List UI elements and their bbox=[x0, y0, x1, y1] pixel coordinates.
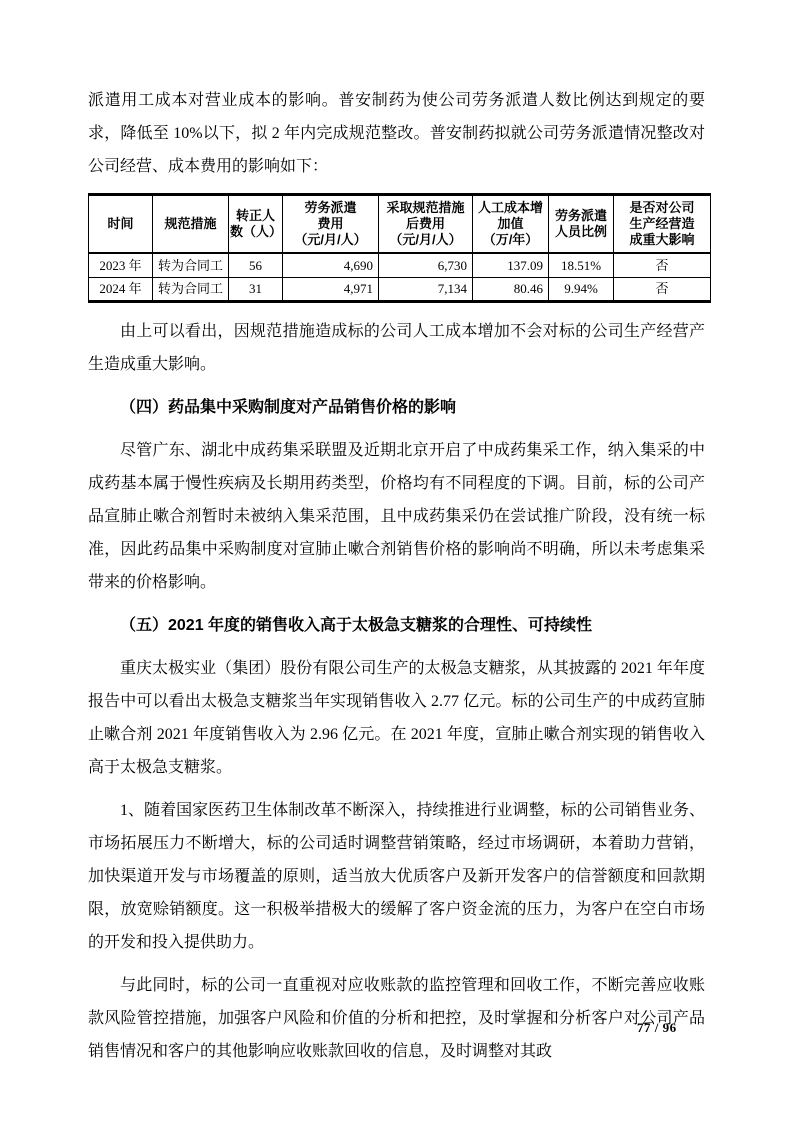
cell-converted-count: 56 bbox=[229, 253, 283, 277]
cell-cost-increase: 80.46 bbox=[473, 277, 549, 301]
col-header-dispatch-cost: 劳务派遣 费用 （元/月/人） bbox=[283, 195, 379, 254]
paragraph-revenue-comparison: 重庆太极实业（集团）股份有限公司生产的太极急支糖浆，从其披露的 2021 年年度… bbox=[88, 652, 705, 784]
document-page: 派遣用工成本对营业成本的影响。普安制药为使公司劳务派遣人数比例达到规定的要求，降… bbox=[0, 0, 793, 1122]
cell-cost-increase: 137.09 bbox=[473, 253, 549, 277]
table-row-2023: 2023 年 转为合同工 56 4,690 6,730 137.09 18.51… bbox=[89, 253, 711, 277]
paragraph-centralized-procurement: 尽管广东、湖北中成药集采联盟及近期北京开启了中成药集采工作，纳入集采的中成药基本… bbox=[88, 434, 705, 599]
paragraph-table-conclusion: 由上可以看出，因规范措施造成标的公司人工成本增加不会对标的公司生产经营产生造成重… bbox=[88, 315, 705, 381]
labor-dispatch-impact-table: 时间 规范措施 转正人 数（人） 劳务派遣 费用 （元/月/人） 采取规范措施 … bbox=[88, 193, 711, 303]
col-header-time: 时间 bbox=[89, 195, 153, 254]
cell-converted-count: 31 bbox=[229, 277, 283, 301]
paragraph-receivables-management: 与此同时，标的公司一直重视对应收账款的监控管理和回收工作，不断完善应收账款风险管… bbox=[88, 969, 705, 1068]
col-header-major-impact: 是否对公司 生产经营造 成重大影响 bbox=[614, 195, 711, 254]
cell-dispatch-ratio: 18.51% bbox=[549, 253, 614, 277]
heading-section-5: （五）2021 年度的销售收入高于太极急支糖浆的合理性、可持续性 bbox=[88, 609, 705, 642]
col-header-cost-after-measure: 采取规范措施 后费用 （元/月/人） bbox=[379, 195, 473, 254]
cell-cost-after: 6,730 bbox=[379, 253, 473, 277]
paragraph-marketing-strategy: 1、随着国家医药卫生体制改革不断深入，持续推进行业调整，标的公司销售业务、市场拓… bbox=[88, 794, 705, 959]
col-header-dispatch-ratio: 劳务派遣 人员比例 bbox=[549, 195, 614, 254]
cell-major-impact: 否 bbox=[614, 277, 711, 301]
cell-dispatch-cost: 4,971 bbox=[283, 277, 379, 301]
col-header-converted-count: 转正人 数（人） bbox=[229, 195, 283, 254]
cell-time: 2024 年 bbox=[89, 277, 153, 301]
col-header-labor-cost-increase: 人工成本增 加值 （万/年） bbox=[473, 195, 549, 254]
cell-time: 2023 年 bbox=[89, 253, 153, 277]
col-header-measure: 规范措施 bbox=[153, 195, 229, 254]
cell-measure: 转为合同工 bbox=[153, 277, 229, 301]
cell-dispatch-cost: 4,690 bbox=[283, 253, 379, 277]
table-header-row: 时间 规范措施 转正人 数（人） 劳务派遣 费用 （元/月/人） 采取规范措施 … bbox=[89, 195, 711, 254]
table-row-2024: 2024 年 转为合同工 31 4,971 7,134 80.46 9.94% … bbox=[89, 277, 711, 301]
cell-major-impact: 否 bbox=[614, 253, 711, 277]
cell-dispatch-ratio: 9.94% bbox=[549, 277, 614, 301]
page-number: 77 / 96 bbox=[637, 1020, 677, 1036]
paragraph-intro-continuation: 派遣用工成本对营业成本的影响。普安制药为使公司劳务派遣人数比例达到规定的要求，降… bbox=[88, 84, 705, 183]
heading-section-4: （四）药品集中采购制度对产品销售价格的影响 bbox=[88, 391, 705, 424]
cell-measure: 转为合同工 bbox=[153, 253, 229, 277]
cell-cost-after: 7,134 bbox=[379, 277, 473, 301]
